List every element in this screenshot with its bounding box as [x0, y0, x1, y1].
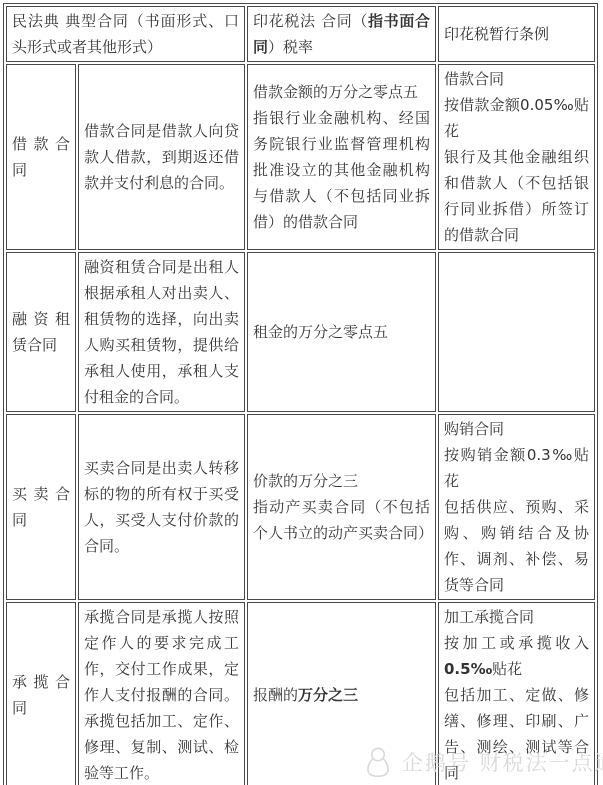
sales-rate-cell: 价款的万分之三 指动产买卖合同（不包括个人书立的动产买卖合同） — [247, 414, 436, 600]
lease-rate-cell: 租金的万分之零点五 — [247, 252, 436, 412]
work-definition-cell: 承揽合同是承揽人按照定作人的要求完成工作，交付工作成果，定作人支付报酬的合同。承… — [78, 602, 245, 785]
lease-contract-name-cell: 融资租赁合同 — [6, 252, 76, 412]
contract-name: 融资租赁合同 — [12, 306, 70, 358]
loan-definition-cell: 借款合同是借款人向贷款人借款，到期返还借款并支付利息的合同。 — [78, 64, 245, 250]
header-stamp-law-cell: 印花税法 合同（指书面合同）税率 — [247, 6, 436, 62]
table-row-sales: 买卖合同 买卖合同是出卖人转移标的物的所有权于买受人，买受人支付价款的合同。 价… — [6, 414, 595, 600]
header-interim-text: 印花税暂行条例 — [444, 21, 589, 47]
interim-title: 加工承揽合同 — [444, 604, 589, 630]
contract-definition: 承揽合同是承揽人按照定作人的要求完成工作，交付工作成果，定作人支付报酬的合同。承… — [84, 604, 239, 785]
header-civil-code-cell: 民法典 典型合同（书面形式、口头形式或者其他形式） — [6, 6, 245, 62]
interim-rate: 按购销金额0.3‰贴花 — [444, 442, 589, 494]
sales-interim-cell: 购销合同 按购销金额0.3‰贴花 包括供应、预购、采购、购销结合及协作、调剂、补… — [438, 414, 595, 600]
header-row: 民法典 典型合同（书面形式、口头形式或者其他形式） 印花税法 合同（指书面合同）… — [6, 6, 595, 62]
table-row-loan: 借款合同 借款合同是借款人向贷款人借款，到期返还借款并支付利息的合同。 借款金额… — [6, 64, 595, 250]
rate-scope: 指银行业金融机构、经国务院银行业监督管理机构批准设立的其他金融机构与借款人（不包… — [253, 105, 430, 235]
contract-definition: 融资租赁合同是出租人根据承租人对出卖人、租赁物的选择，向出卖人购买租赁物，提供给… — [84, 254, 239, 410]
contract-name: 承揽合同 — [12, 669, 70, 721]
interim-title: 购销合同 — [444, 416, 589, 442]
interim-scope: 包括供应、预购、采购、购销结合及协作、调剂、补偿、易货等合同 — [444, 494, 589, 598]
tax-comparison-table: 民法典 典型合同（书面形式、口头形式或者其他形式） 印花税法 合同（指书面合同）… — [3, 3, 598, 785]
contract-name: 买卖合同 — [12, 481, 70, 533]
loan-rate-cell: 借款金额的万分之零点五 指银行业金融机构、经国务院银行业监督管理机构批准设立的其… — [247, 64, 436, 250]
rate-line: 租金的万分之零点五 — [253, 319, 430, 345]
interim-rate-bold: 0.5‰ — [444, 660, 492, 678]
rate-bold: 万分之三 — [298, 686, 358, 704]
contract-definition: 借款合同是借款人向贷款人借款，到期返还借款并支付利息的合同。 — [84, 118, 239, 196]
header-stamp-law-text: 印花税法 合同（指书面合同）税率 — [253, 8, 430, 60]
interim-rate: 按借款金额0.05‰贴花 — [444, 92, 589, 144]
work-interim-cell: 加工承揽合同 按加工或承揽收入0.5‰贴花 包括加工、定做、修缮、修理、印刷、广… — [438, 602, 595, 785]
work-contract-name-cell: 承揽合同 — [6, 602, 76, 785]
interim-scope: 银行及其他金融组织和借款人（不包括银行同业拆借）所签订的借款合同 — [444, 144, 589, 248]
interim-scope: 包括加工、定做、修缮、修理、印刷、广告、测绘、测试等合同 — [444, 682, 589, 785]
sales-contract-name-cell: 买卖合同 — [6, 414, 76, 600]
rate-line: 报酬的万分之三 — [253, 682, 430, 708]
work-rate-cell: 报酬的万分之三 — [247, 602, 436, 785]
header-civil-code-text: 民法典 典型合同（书面形式、口头形式或者其他形式） — [12, 8, 239, 60]
header-interim-cell: 印花税暂行条例 — [438, 6, 595, 62]
interim-title: 借款合同 — [444, 66, 589, 92]
rate-line: 借款金额的万分之零点五 — [253, 79, 430, 105]
lease-interim-cell-empty — [438, 252, 595, 412]
loan-interim-cell: 借款合同 按借款金额0.05‰贴花 银行及其他金融组织和借款人（不包括银行同业拆… — [438, 64, 595, 250]
table-row-lease: 融资租赁合同 融资租赁合同是出租人根据承租人对出卖人、租赁物的选择，向出卖人购买… — [6, 252, 595, 412]
interim-rate: 按加工或承揽收入0.5‰贴花 — [444, 630, 589, 682]
lease-definition-cell: 融资租赁合同是出租人根据承租人对出卖人、租赁物的选择，向出卖人购买租赁物，提供给… — [78, 252, 245, 412]
contract-definition: 买卖合同是出卖人转移标的物的所有权于买受人，买受人支付价款的合同。 — [84, 455, 239, 559]
table-row-work: 承揽合同 承揽合同是承揽人按照定作人的要求完成工作，交付工作成果，定作人支付报酬… — [6, 602, 595, 785]
rate-line: 价款的万分之三 — [253, 468, 430, 494]
rate-scope: 指动产买卖合同（不包括个人书立的动产买卖合同） — [253, 494, 430, 546]
loan-contract-name-cell: 借款合同 — [6, 64, 76, 250]
contract-name: 借款合同 — [12, 131, 70, 183]
sales-definition-cell: 买卖合同是出卖人转移标的物的所有权于买受人，买受人支付价款的合同。 — [78, 414, 245, 600]
